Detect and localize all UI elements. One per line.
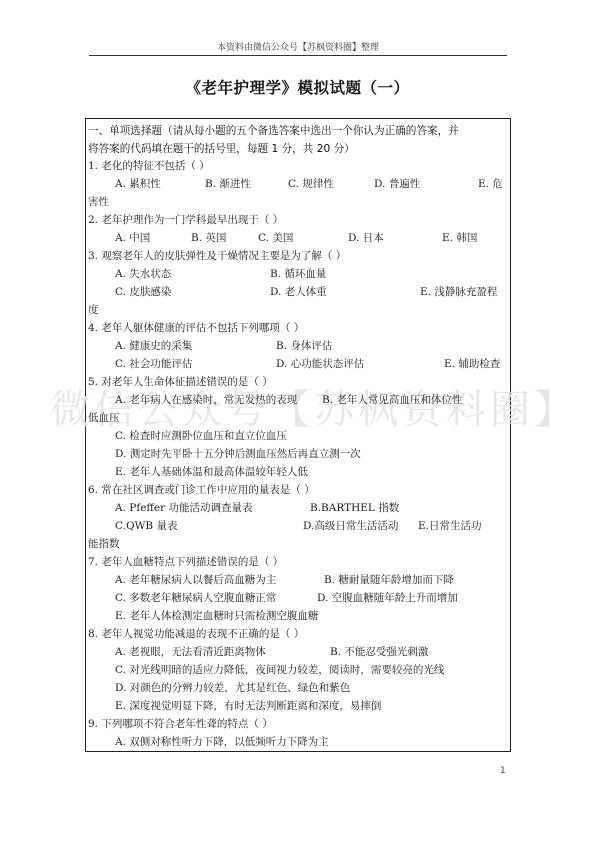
question-6-option-b[interactable]: B.BARTHEL 指数 <box>310 501 399 515</box>
question-3-option-d[interactable]: D. 老人体重 <box>270 285 327 299</box>
question-1-option-e-wrap: 害性 <box>88 195 109 209</box>
question-4-option-c[interactable]: C. 社会功能评估 <box>115 357 192 371</box>
question-1-stem: 1. 老化的特征不包括（ ） <box>88 159 210 173</box>
question-5-option-b-wrap: 低血压 <box>88 411 120 425</box>
question-2-option-e[interactable]: E. 韩国 <box>442 231 477 245</box>
question-3-option-e-wrap: 度 <box>88 303 99 317</box>
question-2-option-a[interactable]: A. 中国 <box>115 231 150 245</box>
question-8-option-e[interactable]: E. 深度视觉明显下降，有时无法判断距离和深度，易摔倒 <box>115 699 381 713</box>
question-1-option-c[interactable]: C. 规律性 <box>288 177 334 191</box>
question-8-option-d[interactable]: D. 对颜色的分辨力较差，尤其是红色、绿色和紫色 <box>115 681 350 695</box>
question-5-option-e[interactable]: E. 老年人基础体温和最高体温较年轻人低 <box>115 465 308 479</box>
question-4-stem: 4. 老年人躯体健康的评估不包括下列哪项（ ） <box>88 321 304 335</box>
question-7-option-e[interactable]: E. 老年人体检测定血糖时只需检测空腹血糖 <box>115 609 318 623</box>
question-6-option-a[interactable]: A. Pfeffer 功能活动调查量表 <box>115 501 252 515</box>
question-7-option-d[interactable]: D. 空腹血糖随年龄上升而增加 <box>317 591 458 605</box>
question-7-option-b[interactable]: B. 糖耐量随年龄增加而下降 <box>324 573 454 587</box>
question-2-option-c[interactable]: C. 美国 <box>258 231 293 245</box>
question-8-option-c[interactable]: C. 对光线明暗的适应力降低，夜间视力较差，阅读时，需要较亮的光线 <box>115 663 444 677</box>
question-6-stem: 6. 常在社区调查或门诊工作中应用的量表是（ ） <box>88 483 315 497</box>
question-3-option-b[interactable]: B. 循环血量 <box>270 267 326 281</box>
question-5-option-d[interactable]: D. 测定时先平卧十五分钟后测血压然后再直立测一次 <box>115 447 361 461</box>
question-7-stem: 7. 老年人血糖特点下列描述错误的是（ ） <box>88 555 283 569</box>
section-heading-line-1: 一、单项选择题（请从每小题的五个备选答案中选出一个你认为正确的答案，并 <box>88 124 459 138</box>
question-3-stem: 3. 观察老年人的皮肤弹性及干燥情况主要是为了解（ ） <box>88 249 346 263</box>
question-9-option-a[interactable]: A. 双侧对称性听力下降，以低频听力下降为主 <box>115 735 329 749</box>
question-1-option-d[interactable]: D. 普遍性 <box>374 177 420 191</box>
page-number: 1 <box>500 766 506 776</box>
question-5-stem: 5. 对老年人生命体征描述错误的是（ ） <box>88 375 273 389</box>
header-divider <box>89 55 507 56</box>
question-4-option-a[interactable]: A. 健康史的采集 <box>115 339 192 353</box>
question-3-option-e[interactable]: E. 浅静脉充盈程 <box>420 285 497 299</box>
question-2-option-b[interactable]: B. 英国 <box>191 231 226 245</box>
question-6-option-d[interactable]: D.高级日常生活活动 <box>303 519 398 533</box>
question-5-option-c[interactable]: C. 检查时应测卧位血压和直立位血压 <box>115 429 287 443</box>
question-7-option-c[interactable]: C. 多数老年糖尿病人空腹血糖正常 <box>115 591 276 605</box>
question-4-option-e[interactable]: E. 辅助检查 <box>444 357 500 371</box>
document-title: 《老年护理学》模拟试题（一） <box>0 76 595 98</box>
question-1-option-b[interactable]: B. 渐进性 <box>205 177 251 191</box>
question-4-option-d[interactable]: D. 心功能状态评估 <box>276 357 364 371</box>
question-6-option-e-wrap: 能指数 <box>88 537 120 551</box>
question-3-option-c[interactable]: C. 皮肤感染 <box>115 285 171 299</box>
question-6-option-c[interactable]: C.QWB 量表 <box>115 519 177 533</box>
page-header-source-note: 本资料由微信公众号【苏枫资料圈】整理 <box>89 40 507 53</box>
question-8-option-a[interactable]: A. 老视眼，无法看清近距离物体 <box>115 645 266 659</box>
question-3-option-a[interactable]: A. 失水状态 <box>115 267 171 281</box>
section-heading-line-2: 将答案的代码填在题干的括号里，每题 1 分，共 20 分） <box>88 142 355 156</box>
question-8-option-b[interactable]: B. 不能忍受强光刺激 <box>330 645 428 659</box>
question-1-option-a[interactable]: A. 累积性 <box>115 177 161 191</box>
question-5-option-a[interactable]: A. 老年病人在感染时，常无发热的表现 <box>115 393 297 407</box>
question-7-option-a[interactable]: A. 老年糖尿病人以餐后高血糖为主 <box>115 573 276 587</box>
question-2-stem: 2. 老年护理作为一门学科最早出现于（ ） <box>88 213 283 227</box>
question-2-option-d[interactable]: D. 日本 <box>348 231 384 245</box>
question-1-option-e[interactable]: E. 危 <box>478 177 503 191</box>
question-9-stem: 9. 下列哪项不符合老年性聋的特点（ ） <box>88 717 273 731</box>
question-5-option-b[interactable]: B. 老年人常见高血压和体位性 <box>322 393 462 407</box>
question-4-option-b[interactable]: B. 身体评估 <box>276 339 332 353</box>
question-8-stem: 8. 老年人视觉功能减退的表现不正确的是（ ） <box>88 627 304 641</box>
question-6-option-e[interactable]: E.日常生活功 <box>418 519 482 533</box>
